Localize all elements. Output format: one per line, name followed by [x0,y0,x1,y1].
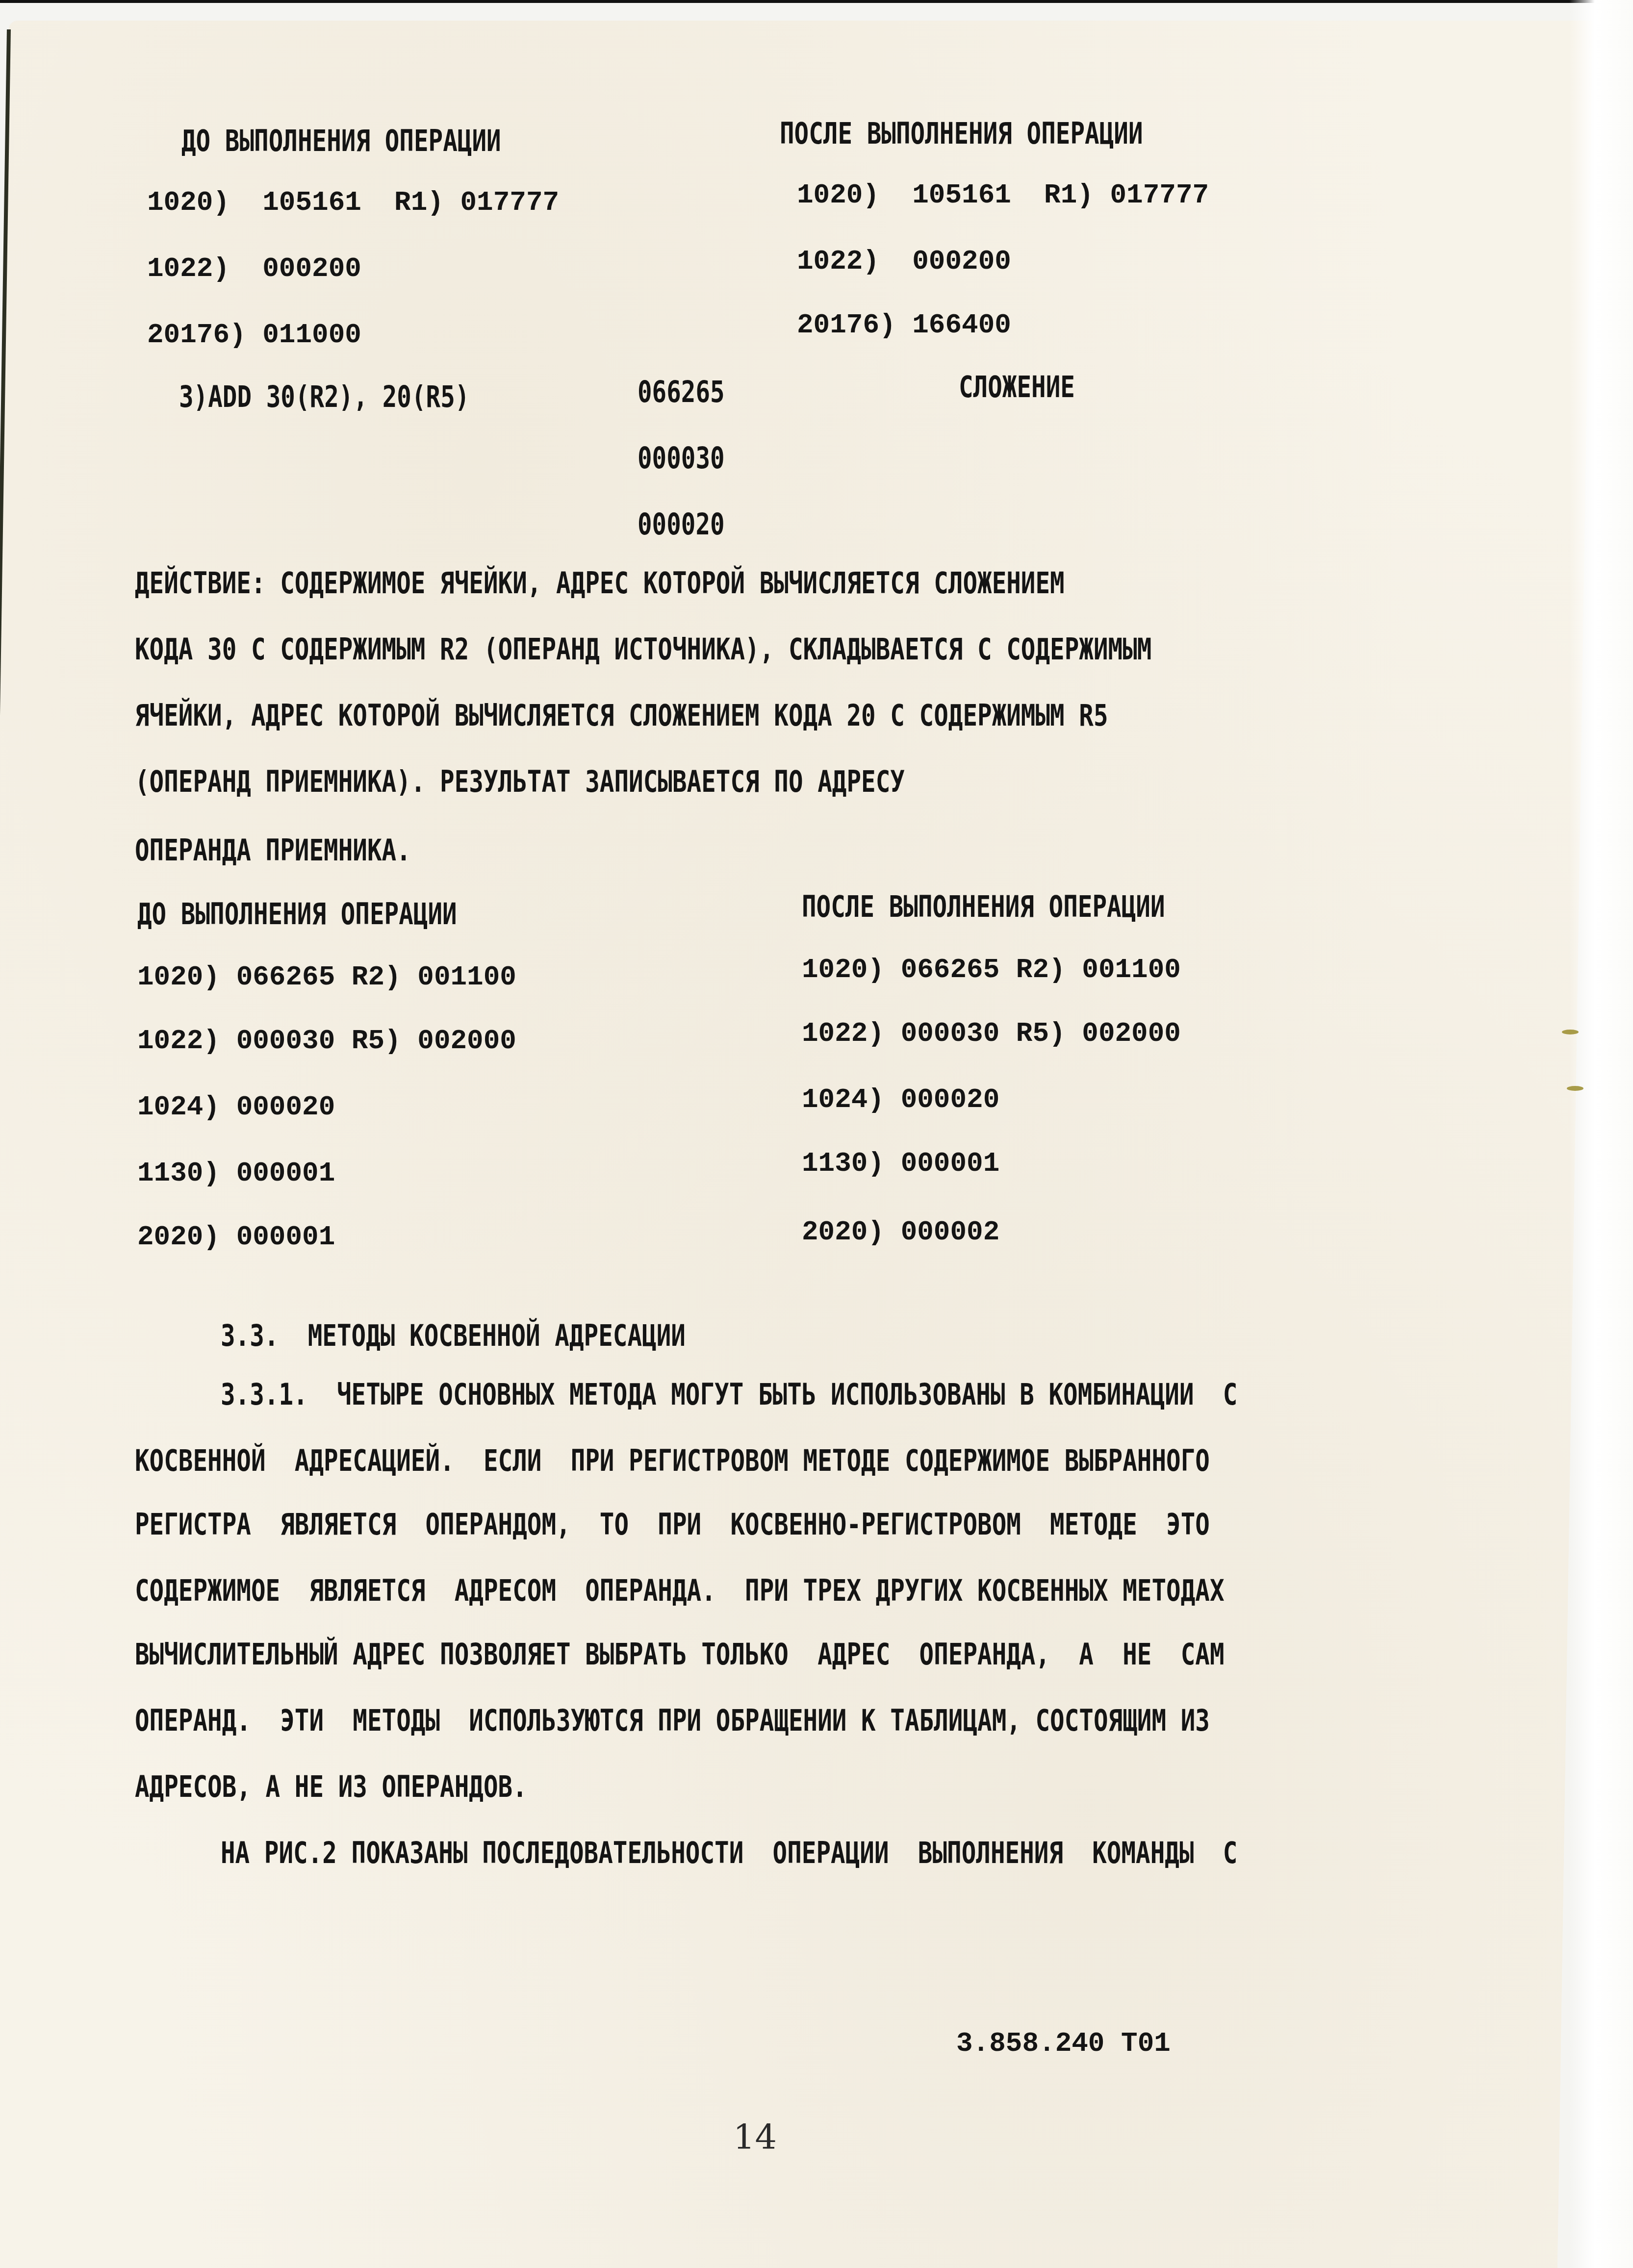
memory-row: 1022) 000200 [797,248,1011,275]
instruction-code: 000030 [638,444,725,473]
action-line: ЯЧЕЙКИ, АДРЕС КОТОРОЙ ВЫЧИСЛЯЕТСЯ СЛОЖЕН… [135,701,1108,731]
figure-reference-line: НА РИС.2 ПОКАЗАНЫ ПОСЛЕДОВАТЕЛЬНОСТИ ОПЕ… [221,1839,1237,1868]
memory-row: 1130) 000001 [137,1159,335,1187]
action-line: КОДА 30 С СОДЕРЖИМЫМ R2 (ОПЕРАНД ИСТОЧНИ… [135,635,1151,664]
instruction-code: 066265 [638,378,725,407]
staple-mark [1562,1030,1579,1034]
before-header: ДО ВЫПОЛНЕНИЯ ОПЕРАЦИИ [181,126,501,156]
memory-row: 1022) 000030 R5) 002000 [802,1020,1181,1047]
action-line: (ОПЕРАНД ПРИЕМНИКА). РЕЗУЛЬТАТ ЗАПИСЫВАЕ… [135,767,905,797]
section-heading: 3.3. МЕТОДЫ КОСВЕННОЙ АДРЕСАЦИИ [221,1321,686,1351]
memory-row: 2020) 000001 [137,1223,335,1251]
memory-row: 2020) 000002 [802,1218,999,1246]
instruction-mnemonic: 3)ADD 30(R2), 20(R5) [179,382,469,412]
page-number: 14 [733,2117,777,2157]
section-line: АДРЕСОВ, А НЕ ИЗ ОПЕРАНДОВ. [135,1772,527,1802]
after-header: ПОСЛЕ ВЫПОЛНЕНИЯ ОПЕРАЦИИ [780,119,1143,149]
section-line: 3.3.1. ЧЕТЫРЕ ОСНОВНЫХ МЕТОДА МОГУТ БЫТЬ… [221,1380,1237,1410]
section-line: ОПЕРАНД. ЭТИ МЕТОДЫ ИСПОЛЬЗУЮТСЯ ПРИ ОБР… [135,1706,1210,1736]
document-code: 3.858.240 Т01 [956,2030,1171,2057]
section-line: РЕГИСТРА ЯВЛЯЕТСЯ ОПЕРАНДОМ, ТО ПРИ КОСВ… [135,1510,1210,1539]
memory-row: 1020) 066265 R2) 001100 [802,956,1181,983]
instruction-name: СЛОЖЕНИЕ [959,373,1075,402]
memory-row: 1024) 000020 [802,1086,999,1113]
before-header: ДО ВЫПОЛНЕНИЯ ОПЕРАЦИИ [137,900,457,929]
memory-row: 1022) 000200 [147,255,361,282]
memory-row: 1020) 066265 R2) 001100 [137,963,516,991]
memory-row: 1020) 105161 R1) 017777 [797,181,1209,209]
scan-top-border [0,0,1633,3]
action-line: ОПЕРАНДА ПРИЕМНИКА. [135,836,411,865]
memory-row: 20176) 166400 [797,311,1011,339]
memory-row: 1020) 105161 R1) 017777 [147,189,559,216]
section-line: СОДЕРЖИМОЕ ЯВЛЯЕТСЯ АДРЕСОМ ОПЕРАНДА. ПР… [135,1576,1225,1606]
memory-row: 1024) 000020 [137,1093,335,1121]
section-line: КОСВЕННОЙ АДРЕСАЦИЕЙ. ЕСЛИ ПРИ РЕГИСТРОВ… [135,1446,1210,1476]
memory-row: 20176) 011000 [147,321,361,349]
staple-mark [1567,1086,1583,1091]
instruction-code: 000020 [638,510,725,539]
action-line: ДЕЙСТВИЕ: СОДЕРЖИМОЕ ЯЧЕЙКИ, АДРЕС КОТОР… [135,569,1065,598]
memory-row: 1022) 000030 R5) 002000 [137,1027,516,1055]
section-line: ВЫЧИСЛИТЕЛЬНЫЙ АДРЕС ПОЗВОЛЯЕТ ВЫБРАТЬ Т… [135,1640,1225,1669]
document-page [0,21,1593,2268]
after-header: ПОСЛЕ ВЫПОЛНЕНИЯ ОПЕРАЦИИ [802,892,1165,922]
memory-row: 1130) 000001 [802,1150,999,1177]
page-right-margin [1569,0,1633,2268]
